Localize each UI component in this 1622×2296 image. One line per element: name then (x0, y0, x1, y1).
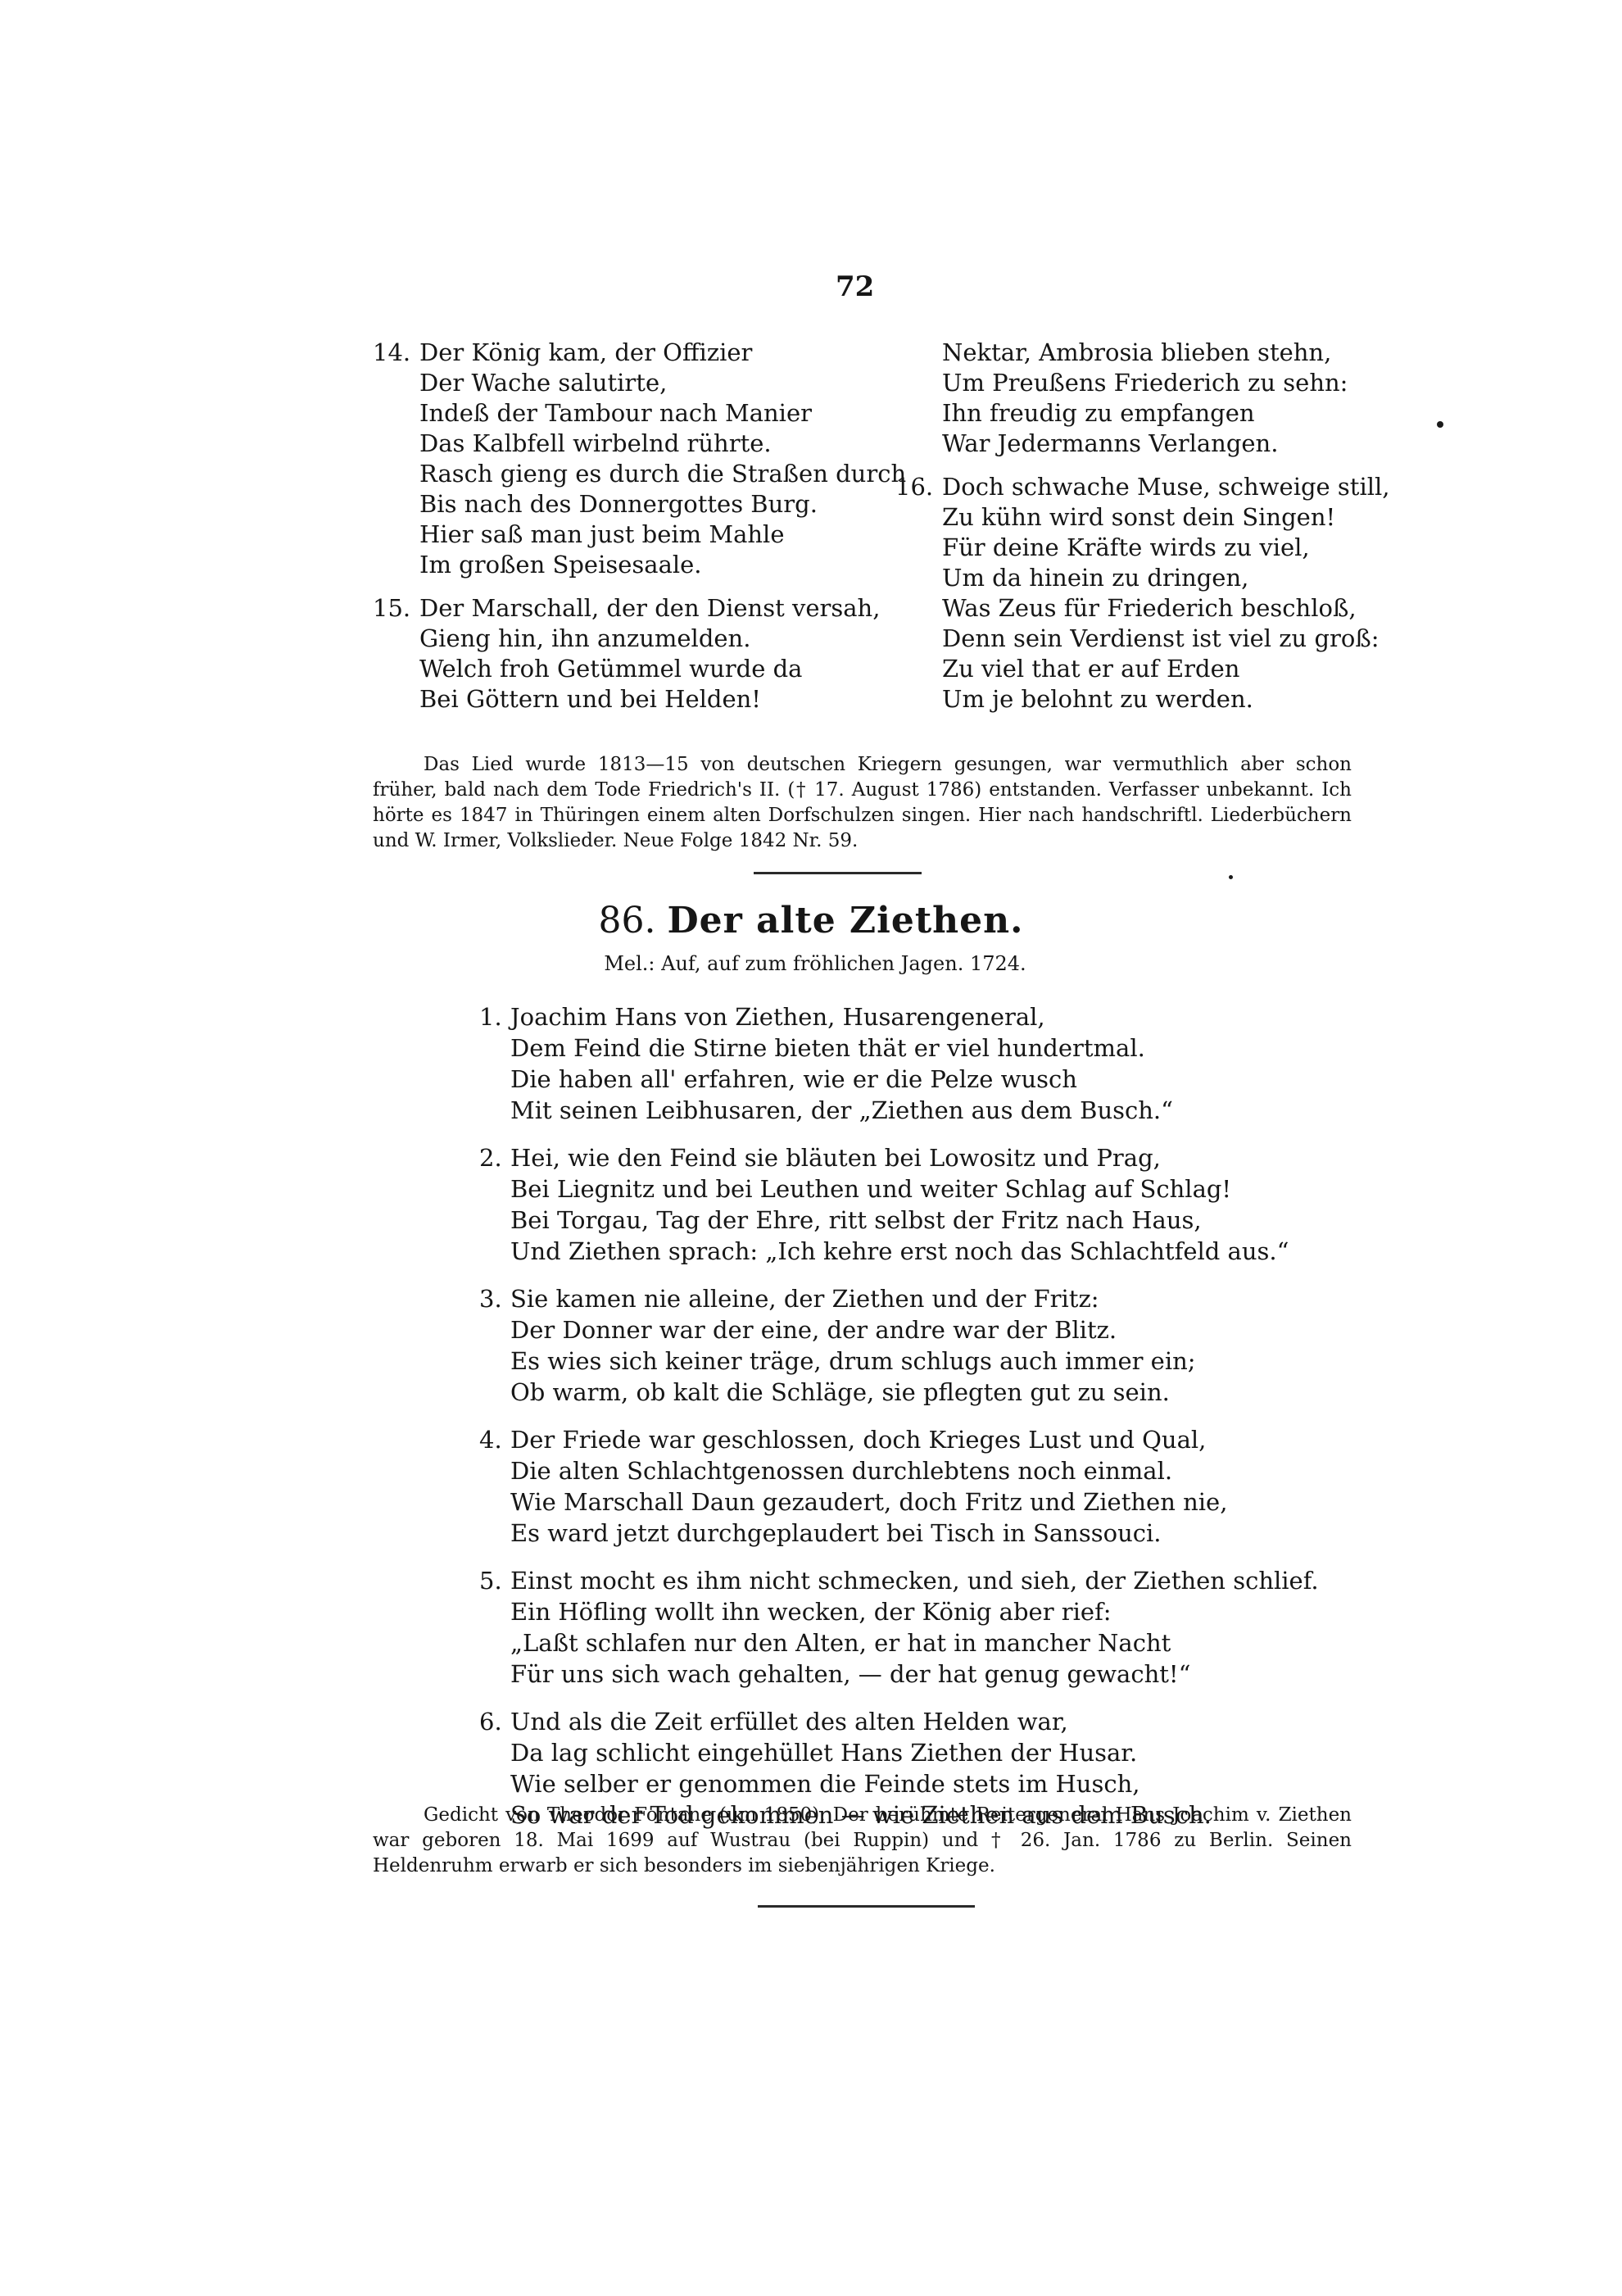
verse-line: Und als die Zeit erfüllet des alten Held… (510, 1706, 1298, 1737)
stanza-5: 5. Einst mocht es ihm nicht schmecken, u… (479, 1565, 1298, 1690)
verse-line: Hei, wie den Feind sie bläuten bei Lowos… (510, 1142, 1298, 1173)
stanza-number: 6. (479, 1706, 502, 1737)
verse-line: Hier saß man just beim Mahle (419, 520, 831, 550)
verse-line: Denn sein Verdienst ist viel zu groß: (942, 624, 1354, 654)
verse-line: Und Ziethen sprach: „Ich kehre erst noch… (510, 1236, 1298, 1267)
verse-line: Was Zeus für Friederich beschloß, (942, 593, 1354, 624)
verse-line: Zu viel that er auf Erden (942, 654, 1354, 684)
verse-line: Doch schwache Muse, schweige still, (942, 472, 1354, 502)
verse-line: Bei Torgau, Tag der Ehre, ritt selbst de… (510, 1205, 1298, 1236)
verse-line: Der König kam, der Offizier (419, 338, 831, 368)
verse-line: Es wies sich keiner träge, drum schlugs … (510, 1345, 1298, 1377)
verse-line: Wie selber er genommen die Feinde stets … (510, 1768, 1298, 1799)
verse-line: Rasch gieng es durch die Straßen durch (419, 459, 831, 489)
stanza-4: 4. Der Friede war geschlossen, doch Krie… (479, 1424, 1298, 1549)
verse-line: Einst mocht es ihm nicht schmecken, und … (510, 1565, 1298, 1596)
stanza-16: 16. Doch schwache Muse, schweige still, … (895, 472, 1354, 715)
verse-line: Indeß der Tambour nach Manier (419, 398, 831, 429)
verse-line: Sie kamen nie alleine, der Ziethen und d… (510, 1283, 1298, 1314)
verse-line: Es ward jetzt durchgeplaudert bei Tisch … (510, 1518, 1298, 1549)
section-divider (754, 872, 922, 874)
verse-line: Welch froh Getümmel wurde da (419, 654, 831, 684)
verse-line: Dem Feind die Stirne bieten thät er viel… (510, 1032, 1298, 1064)
verse-line: Ein Höfling wollt ihn wecken, der König … (510, 1596, 1298, 1627)
note-text: Das Lied wurde 1813—15 von deutschen Kri… (373, 754, 1352, 851)
stanza-number: 1. (479, 1001, 502, 1032)
stanza-number: 16. (895, 472, 933, 502)
stanza-number: 5. (479, 1565, 502, 1596)
verse-line: Ob warm, ob kalt die Schläge, sie pflegt… (510, 1377, 1298, 1408)
stanza-15-continuation: Nektar, Ambrosia blieben stehn, Um Preuß… (895, 338, 1354, 459)
verse-line: Gieng hin, ihn anzumelden. (419, 624, 831, 654)
verse-line: Ihn freudig zu empfangen (942, 398, 1354, 429)
song-title: Der alte Ziethen. (668, 900, 1024, 942)
stanza-3: 3. Sie kamen nie alleine, der Ziethen un… (479, 1283, 1298, 1408)
verse-line: Mit seinen Leibhusaren, der „Ziethen aus… (510, 1095, 1298, 1126)
left-column: 14. Der König kam, der Offizier Der Wach… (373, 338, 831, 728)
verse-line: Joachim Hans von Ziethen, Husarengeneral… (510, 1001, 1298, 1032)
verse-line: Bei Liegnitz und bei Leuthen und weiter … (510, 1173, 1298, 1205)
stray-mark (1229, 875, 1233, 879)
stanza-15: 15. Der Marschall, der den Dienst versah… (373, 593, 831, 715)
right-column: Nektar, Ambrosia blieben stehn, Um Preuß… (895, 338, 1354, 728)
song-note: Gedicht von Theodor Fontane (um 1850). D… (373, 1803, 1352, 1879)
verse-line: Für uns sich wach gehalten, — der hat ge… (510, 1658, 1298, 1690)
stanza-14: 14. Der König kam, der Offizier Der Wach… (373, 338, 831, 580)
verse-line: Die alten Schlachtgenossen durchlebtens … (510, 1455, 1298, 1486)
song-stanzas: 1. Joachim Hans von Ziethen, Husarengene… (479, 1001, 1298, 1847)
verse-line: Der Donner war der eine, der andre war d… (510, 1314, 1298, 1345)
song-heading: 86. Der alte Ziethen. (0, 900, 1622, 942)
verse-line: War Jedermanns Verlangen. (942, 429, 1354, 459)
verse-line: Um je belohnt zu werden. (942, 684, 1354, 715)
verse-line: Für deine Kräfte wirds zu viel, (942, 533, 1354, 563)
verse-line: Um da hinein zu dringen, (942, 563, 1354, 593)
verse-line: Bis nach des Donnergottes Burg. (419, 489, 831, 520)
stanza-number: 4. (479, 1424, 502, 1455)
end-divider (758, 1905, 975, 1908)
stray-mark (1437, 421, 1443, 428)
verse-line: Der Marschall, der den Dienst versah, (419, 593, 831, 624)
verse-line: Das Kalbfell wirbelnd rührte. (419, 429, 831, 459)
stanza-number: 3. (479, 1283, 502, 1314)
verse-line: Die haben all' erfahren, wie er die Pelz… (510, 1064, 1298, 1095)
previous-song-note: Das Lied wurde 1813—15 von deutschen Kri… (373, 752, 1352, 854)
stanza-number: 14. (373, 338, 410, 368)
melody-note: Mel.: Auf, auf zum fröhlichen Jagen. 172… (0, 952, 1622, 975)
stanza-1: 1. Joachim Hans von Ziethen, Husarengene… (479, 1001, 1298, 1126)
song-number: 86. (599, 900, 656, 942)
verse-line: „Laßt schlafen nur den Alten, er hat in … (510, 1627, 1298, 1658)
stanza-number: 2. (479, 1142, 502, 1173)
verse-line: Da lag schlicht eingehüllet Hans Ziethen… (510, 1737, 1298, 1768)
verse-line: Wie Marschall Daun gezaudert, doch Fritz… (510, 1486, 1298, 1518)
verse-line: Um Preußens Friederich zu sehn: (942, 368, 1354, 398)
stanza-2: 2. Hei, wie den Feind sie bläuten bei Lo… (479, 1142, 1298, 1267)
verse-line: Nektar, Ambrosia blieben stehn, (942, 338, 1354, 368)
stanza-number: 15. (373, 593, 410, 624)
verse-line: Bei Göttern und bei Helden! (419, 684, 831, 715)
verse-line: Zu kühn wird sonst dein Singen! (942, 502, 1354, 533)
page-number: 72 (836, 270, 874, 303)
note-text: Gedicht von Theodor Fontane (um 1850). D… (373, 1804, 1352, 1876)
verse-line: Im großen Speisesaale. (419, 550, 831, 580)
verse-line: Der Friede war geschlossen, doch Krieges… (510, 1424, 1298, 1455)
verse-line: Der Wache salutirte, (419, 368, 831, 398)
